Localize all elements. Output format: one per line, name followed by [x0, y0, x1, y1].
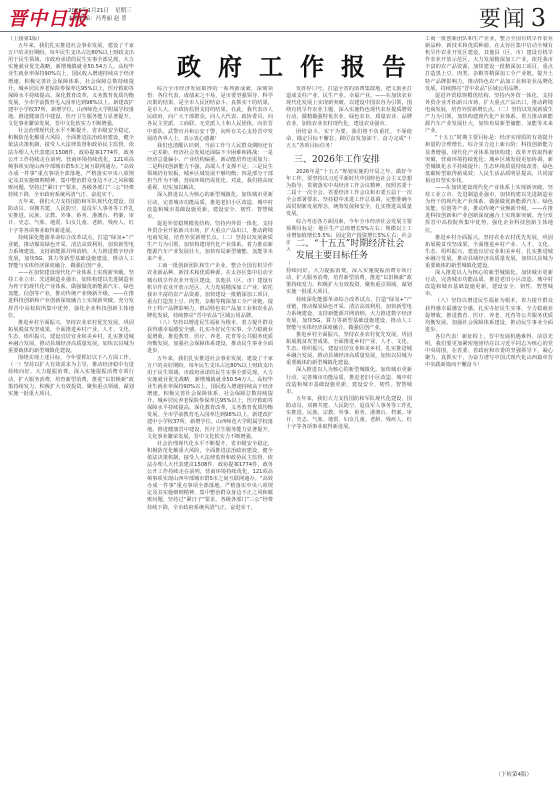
paragraph: 综合全市经济发展取得的一系列新成就，深刻领悟：各位代表，成绩来之不易，是市委坚强… [147, 86, 273, 143]
paragraph: 2026年是“十五五”规划实施的开局之年。做好今年工作，要坚持以习近平新时代中国… [286, 169, 412, 219]
editor-label: 本版责编： [68, 16, 96, 22]
paragraph: 工商一批创新团队和生产企业，整合全国有机旱作农业新品种、新技术和优质种源，在太谷… [147, 263, 273, 320]
paragraph: 推进乡村全面振兴。坚持农业农村优先发展，巩固拓展脱贫攻坚成果，全面推进乡村产业、… [286, 332, 412, 367]
paragraph: （八）坚持以增进民生福祉为根本，着力提升群众获得感幸福感安全感。扎实办好民生实事… [425, 298, 553, 333]
section-title: 要闻3 [479, 2, 548, 33]
section-heading-two: 二、“十五五”时期经济社会发展主要目标任务 [296, 238, 412, 262]
paragraph: 五年来，我们扎实推进社会事业发展，建设了千家万户的美好期盼。每年民生支出占比80… [8, 43, 134, 128]
paragraph: 五年来，我们大力支持国防和军队现代化建设，国防动员、双拥共建、人民防空、退役军人… [286, 396, 412, 431]
paragraph: 持续深化能源革命综合改革试点，打造“绿氢+”产业链，推动煤炭绿色开采、清洁高效利… [286, 297, 412, 332]
paragraph: 深入推进以人为核心的新型城镇化。加快城市更新行动，完善城市功能品质，推进老旧小区… [147, 192, 273, 220]
article-column-1: （上接第1版） 五年来，我们扎实推进社会事业发展，建设了千家万户的美好期盼。每年… [8, 36, 134, 786]
paragraph: “十五五”时期主要目标是：经济实现质的有效提升和量的合理增长，综合实力迈上新台阶… [425, 135, 553, 185]
paragraph: 推进乡村全面振兴。坚持农业农村优先发展，巩固拓展脱贫攻坚成果，全面推进乡村产业、… [425, 235, 553, 270]
paragraph: 促进外贸稳规模优结构。坚持内外贸一体化，支持外贸企业开拓新兴市场，扩大重点产品出… [425, 93, 553, 136]
section-heading-three: 三、2026年工作安排 [294, 154, 412, 166]
paragraph: 社会治理现代化水平不断提升。省市级安全稳定，积极防范化解重大风险，全面推进法治政… [147, 441, 273, 512]
section-name: 要闻 [479, 7, 527, 32]
paragraph: ——在加快建设现代化产业体系上实现新突破。坚持工业立市、先进制造业强市，加快构建… [8, 270, 134, 320]
header-rule [0, 31, 560, 32]
article-column-2: 综合全市经济发展取得的一系列新成就，深刻领悟：各位代表，成绩来之不易，是市委坚强… [147, 86, 273, 786]
editor-names: 冯秀丽 赵 普 [96, 16, 127, 22]
paragraph: 深入推进以人为核心的新型城镇化。加快城市更新行动，完善城市功能品质，推进老旧小区… [425, 270, 553, 298]
continued-to: （下转第4版） [496, 770, 533, 778]
paragraph: 围绕实现上述目标，今年要抓好以下八方面工作。（一）坚持以扩大有效需求为主导，推动… [8, 355, 134, 398]
paragraph: 深入推进以人为核心的新型城镇化。加快城市更新行动，完善城市功能品质，推进老旧小区… [286, 367, 412, 395]
article-column-4: 工商一批创新团队和生产企业，整合全国有机旱作农业新品种、新技术和优质种源，在太谷… [425, 36, 553, 766]
paragraph: 推进乡村全面振兴。坚持农业农村优先发展，巩固拓展脱贫攻坚成果，全面推进乡村产业、… [8, 320, 134, 355]
paragraph: 五年来，我们大力支持国防和军队现代化建设，国防动员、双拥共建、人民防空、退役军人… [8, 199, 134, 234]
section-heading-two-box: 二、“十五五”时期经济社会发展主要目标任务 [290, 238, 412, 268]
issue-meta: 2026年1月21日星期三 本版责编：冯秀丽 赵 普 [68, 7, 138, 23]
paragraph: 各位代表！新征程上，晋中发展机遇难得、前景光明。我们要更加紧密地团结在以习近平同… [425, 334, 553, 369]
masthead: 晋中日报 2026年1月21日星期三 本版责编：冯秀丽 赵 普 要闻3 [0, 0, 560, 34]
paragraph: ——在加快建设现代化产业体系上实现新突破。坚持工业立市、先进制造业强市，加快构建… [425, 185, 553, 235]
paragraph: 持续深化能源革命综合改革试点，打造“绿氢+”产业链，推动煤炭绿色开采、清洁高效利… [8, 235, 134, 270]
article-headline: 政府工作报告 [150, 47, 450, 82]
issue-date: 2026年1月21日 [68, 8, 109, 14]
paragraph: 社会治理现代化水平不断提升。省市级安全稳定，积极防范化解重大风险，全面推进法治政… [8, 128, 134, 199]
paragraph: 我们也清醒认识到，当前工作与人民群众期盼还有一定差距，经济社会发展还面临不少困难… [147, 143, 273, 193]
article-column-3: 发挥停口号，打造全省的消费集散地，把文旅业打造成支柱产业、民生产业、幸福产业。—… [286, 86, 412, 786]
paragraph: （八）坚持以增进民生福祉为根本，着力提升群众获得感幸福感安全感。扎实办好民生实事… [147, 320, 273, 355]
paragraph: 促进外贸稳规模优结构。坚持内外贸一体化，支持外贸企业开拓新兴市场，扩大重点产品出… [147, 221, 273, 264]
paragraph: 团结奋斗，实干为要。我们将不负重托、不辱使命，锚定目标不懈怠，踔厉奋发加油干，奋… [286, 129, 412, 150]
issue-weekday: 星期三 [115, 8, 132, 14]
paragraph: 发挥停口号，打造全省的消费集散地，把文旅业打造成支柱产业、民生产业、幸福产业。—… [286, 86, 412, 129]
page-number: 3 [531, 4, 548, 32]
paragraph: 五年来，我们扎实推进社会事业发展，建设了千家万户的美好期盼。每年民生支出占比80… [147, 356, 273, 441]
paragraph: 工商一批创新团队和生产企业，整合全国有机旱作农业新品种、新技术和优质种源，在太谷… [425, 36, 553, 93]
